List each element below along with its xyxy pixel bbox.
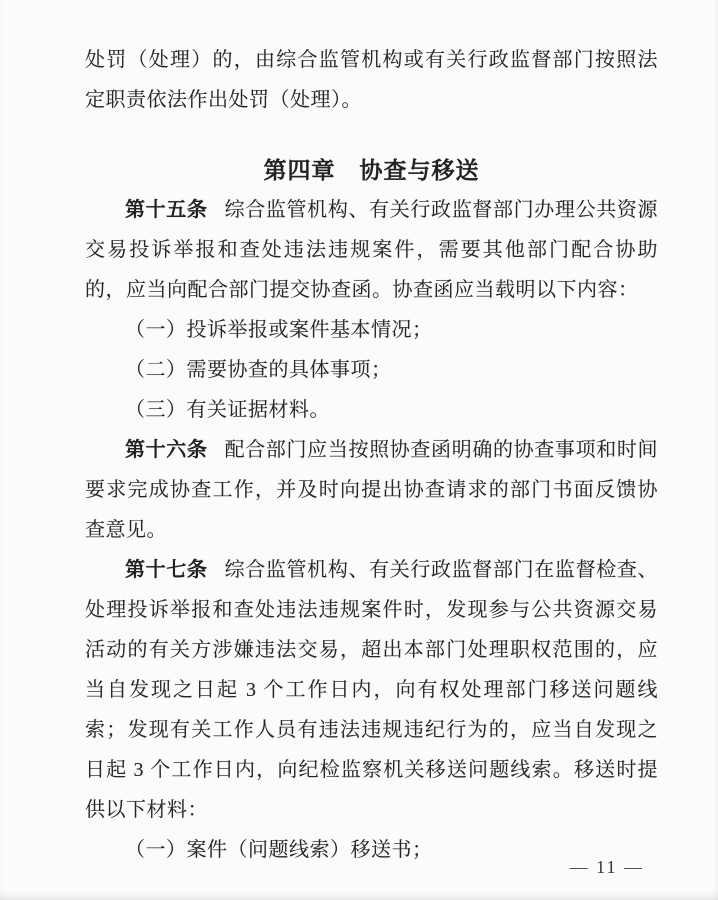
document-page: 处罚（处理）的，由综合监管机构或有关行政监督部门按照法定职责依法作出处罚（处理）… [0, 0, 718, 900]
article-16-paragraph: 第十六条配合部门应当按照协查函明确的协查事项和时间要求完成协查工作，并及时向提出… [85, 430, 658, 550]
article-15-item-3: （三）有关证据材料。 [85, 390, 658, 430]
article-16-label: 第十六条 [125, 439, 208, 461]
article-15-label: 第十五条 [125, 199, 208, 221]
article-15-paragraph: 第十五条综合监管机构、有关行政监督部门办理公共资源交易投诉举报和查处违法违规案件… [85, 190, 658, 310]
article-15-item-2: （二）需要协查的具体事项； [85, 350, 658, 390]
article-17-label: 第十七条 [125, 559, 208, 581]
article-17-paragraph: 第十七条综合监管机构、有关行政监督部门在监督检查、处理投诉举报和查处违法违规案件… [85, 550, 658, 830]
document-content: 处罚（处理）的，由综合监管机构或有关行政监督部门按照法定职责依法作出处罚（处理）… [85, 40, 658, 870]
article-15-item-1: （一）投诉举报或案件基本情况； [85, 310, 658, 350]
page-number: — 11 — [570, 857, 644, 878]
intro-paragraph: 处罚（处理）的，由综合监管机构或有关行政监督部门按照法定职责依法作出处罚（处理）… [85, 40, 658, 120]
article-17-text: 综合监管机构、有关行政监督部门在监督检查、处理投诉举报和查处违法违规案件时，发现… [85, 559, 658, 821]
chapter-heading: 第四章 协查与移送 [85, 150, 658, 190]
